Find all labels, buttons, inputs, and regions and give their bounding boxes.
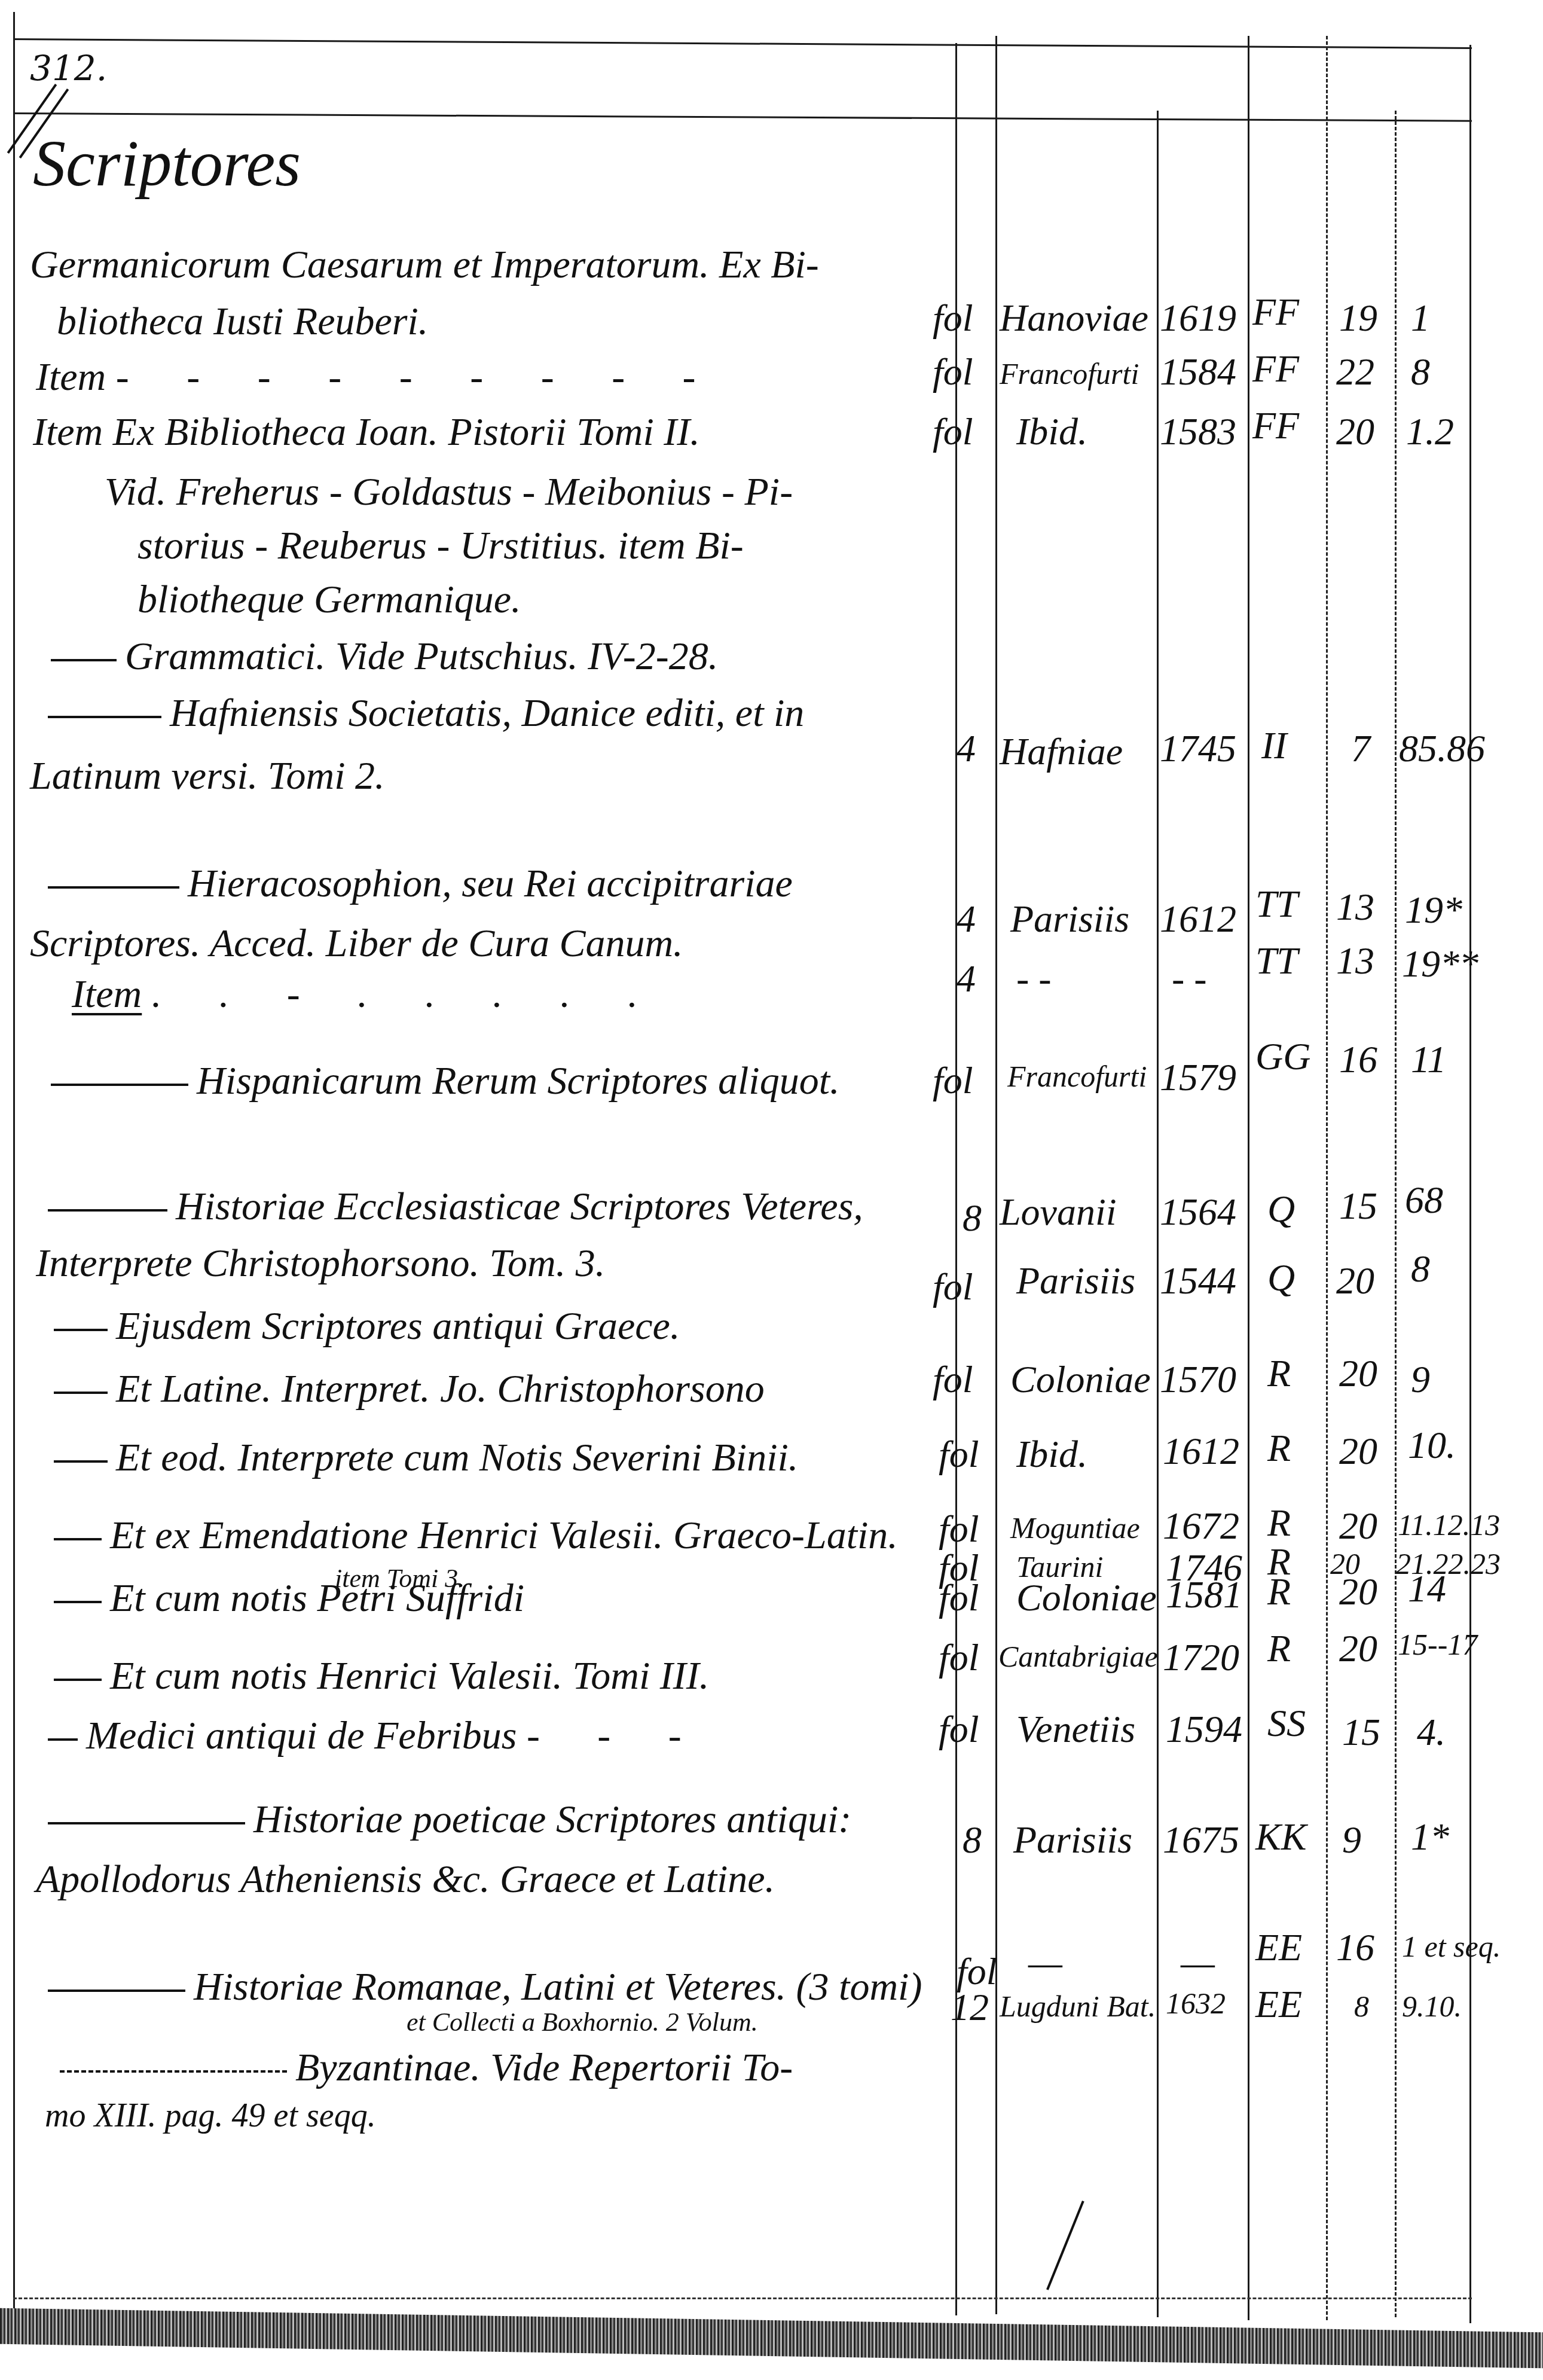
entry-text: Et ex Emendatione Henrici Valesii. Graec… [54, 1516, 898, 1555]
cell-shelf: TT [1255, 942, 1298, 980]
cell-number: 4. [1417, 1713, 1446, 1752]
cell-shelf: SS [1267, 1704, 1306, 1743]
cell-row: 16 [1339, 1041, 1377, 1079]
entry-text: Et Latine. Interpret. Jo. Christophorson… [54, 1369, 765, 1409]
entry-text: Historiae poeticae Scriptores antiqui: [48, 1800, 851, 1839]
cell-year: 1612 [1160, 900, 1236, 938]
cell-number: 8 [1411, 353, 1430, 391]
cell-row: 9 [1342, 1821, 1361, 1859]
entry-text: Scriptores. Acced. Liber de Cura Canum. [30, 924, 683, 963]
col-rule-row-left [1326, 36, 1328, 2320]
page-edge-shadow [0, 2308, 1543, 2369]
cell-format: fol [933, 1061, 973, 1100]
entry-text: Apollodorus Atheniensis &c. Graece et La… [36, 1860, 775, 1899]
cell-year: 1594 [1166, 1710, 1242, 1749]
cell-year: 1619 [1160, 299, 1236, 337]
cell-row: 13 [1336, 942, 1374, 980]
cell-year: 1720 [1163, 1638, 1239, 1677]
cell-row: 20 [1339, 1573, 1377, 1611]
cell-row: 13 [1336, 888, 1374, 926]
cell-row: 16 [1336, 1929, 1374, 1967]
cell-format: 4 [957, 960, 976, 998]
cell-format: fol [939, 1638, 979, 1677]
entry-text: Interprete Christophorsono. Tom. 3. [36, 1244, 605, 1283]
cell-place: Lovanii [1000, 1193, 1117, 1231]
entry-text: Grammatici. Vide Putschius. IV-2-28. [51, 637, 718, 676]
cell-number: 10. [1408, 1426, 1456, 1464]
cell-row: 8 [1354, 1991, 1369, 2021]
cell-year: 1672 [1163, 1507, 1239, 1545]
cross-reference-text: Byzantinae. Vide Repertorii To- [60, 2048, 793, 2088]
cell-shelf: Q [1267, 1190, 1295, 1228]
cell-format: fol [939, 1510, 979, 1548]
cell-number: 19** [1402, 945, 1478, 983]
cell-year: 1745 [1160, 730, 1236, 768]
entry-text: Item . . - . . . . . [72, 975, 662, 1014]
cell-number: 11 [1411, 1041, 1446, 1079]
entry-text: Hispanicarum Rerum Scriptores aliquot. [51, 1061, 840, 1101]
bottom-rule [13, 2297, 1472, 2299]
cell-place: Francofurti [1000, 359, 1139, 389]
cell-place: Coloniae [1010, 1360, 1151, 1399]
cell-row: 22 [1336, 353, 1374, 391]
entry-text: Hieracosophion, seu Rei accipitrariae [48, 864, 793, 904]
entry-text: Medici antiqui de Febribus - - - [48, 1716, 705, 1756]
cross-reference-text: Vid. Freherus - Goldastus - Meibonius - … [105, 472, 793, 512]
cell-row: 20 [1339, 1354, 1377, 1393]
cell-format: fol [933, 299, 973, 337]
cell-year: 1581 [1166, 1576, 1242, 1614]
entry-text: Et cum notis Henrici Valesii. Tomi III. [54, 1656, 709, 1696]
entry-text: et Collecti a Boxhornio. 2 Volum. [407, 2009, 758, 2036]
cell-place: — [1028, 1943, 1062, 1982]
cell-place: Hanoviae [1000, 299, 1148, 337]
cell-row: 15 [1339, 1187, 1377, 1225]
entry-text: Historiae Romanae, Latini et Veteres. (3… [48, 1967, 922, 2007]
cell-shelf: R [1267, 1573, 1291, 1611]
cell-shelf: R [1267, 1630, 1291, 1668]
cell-number: 8 [1411, 1250, 1430, 1288]
cell-year: 1570 [1160, 1360, 1236, 1399]
cell-place: Venetiis [1016, 1710, 1135, 1749]
cell-place: Parisiis [1016, 1262, 1135, 1300]
top-rule [13, 38, 1472, 49]
entry-text: Et eod. Interprete cum Notis Severini Bi… [54, 1438, 798, 1478]
left-border [13, 12, 15, 2320]
cell-place: Parisiis [1013, 1821, 1132, 1859]
cell-place: Moguntiae [1010, 1513, 1140, 1543]
entry-text: Germanicorum Caesarum et Imperatorum. Ex… [30, 245, 819, 285]
cell-year: 1583 [1160, 413, 1236, 451]
right-border [1469, 45, 1471, 2323]
cell-shelf: R [1267, 1354, 1291, 1393]
cell-format: fol [933, 1360, 973, 1399]
entry-text: Ejusdem Scriptores antiqui Graece. [54, 1307, 680, 1346]
entry-text: Hafniensis Societatis, Danice editi, et … [48, 694, 804, 733]
cell-number: 85.86 [1399, 730, 1485, 768]
cell-format: 8 [963, 1821, 982, 1859]
col-rule-year-left [1157, 111, 1159, 2317]
cell-shelf: Q [1267, 1259, 1295, 1297]
cell-shelf: R [1267, 1504, 1291, 1542]
entry-text: bliotheca Iusti Reuberi. [57, 302, 428, 341]
cell-place: Ibid. [1016, 413, 1087, 451]
cell-row: 20 [1339, 1507, 1377, 1545]
page-heading: Scriptores [33, 126, 301, 202]
cell-format: fol [939, 1435, 979, 1473]
header-rule [13, 112, 1472, 122]
cell-row: 20 [1336, 413, 1374, 451]
cross-reference-text: storius - Reuberus - Urstitius. item Bi- [138, 526, 744, 566]
cross-reference-text: mo XIII. pag. 49 et seqq. [45, 2099, 376, 2132]
cell-format: fol [939, 1710, 979, 1749]
cell-place: Coloniae [1016, 1579, 1157, 1617]
cell-number: 19* [1405, 891, 1462, 929]
cell-shelf: R [1267, 1429, 1291, 1467]
entry-text: Historiae Ecclesiasticae Scriptores Vete… [48, 1187, 863, 1226]
cross-reference-text: bliotheque Germanique. [138, 580, 521, 620]
cell-year: 1564 [1160, 1193, 1236, 1231]
cell-shelf: KK [1255, 1818, 1306, 1856]
cell-place: Hafniae [1000, 733, 1123, 771]
cell-format: 4 [957, 730, 976, 768]
cell-shelf: FF [1252, 350, 1299, 388]
cell-format: 4 [957, 900, 976, 938]
cell-format: 8 [963, 1199, 982, 1237]
cell-row: 15 [1342, 1713, 1380, 1752]
cell-format: fol [957, 1952, 997, 1991]
cell-year: 1584 [1160, 353, 1236, 391]
cell-year: 1544 [1160, 1262, 1236, 1300]
double-slash-mark-bottom [1046, 2201, 1084, 2290]
cell-format: 12 [951, 1988, 989, 2027]
cell-year: 1579 [1160, 1058, 1236, 1097]
cell-place: Ibid. [1016, 1435, 1087, 1473]
cell-number: 1 et seq. [1402, 1932, 1501, 1961]
entry-text: Item - - - - - - - - - [36, 358, 720, 397]
cell-number: 11.12.13 [1398, 1510, 1500, 1540]
cell-number: 14 [1408, 1570, 1446, 1608]
cell-shelf: FF [1252, 293, 1299, 331]
cell-number: 15--17 [1398, 1630, 1477, 1659]
cell-shelf: EE [1255, 1929, 1302, 1967]
manuscript-page: 312. Scriptores Germanicorum Caesarum et… [0, 0, 1543, 2380]
cell-year: 1675 [1163, 1821, 1239, 1859]
cell-format: fol [933, 353, 973, 391]
col-rule-shelf-left [1248, 36, 1249, 2320]
entry-text: Item Ex Bibliotheca Ioan. Pistorii Tomi … [33, 413, 700, 452]
entry-text: Latinum versi. Tomi 2. [30, 756, 384, 796]
cell-number: 9 [1411, 1360, 1430, 1399]
cell-format: fol [939, 1579, 979, 1617]
cell-number: 9.10. [1402, 1991, 1462, 2021]
cell-place: - - [1016, 960, 1052, 998]
cell-place: Lugduni Bat. [1000, 1991, 1156, 2021]
cell-number: 1 [1411, 299, 1430, 337]
cell-row: 20 [1339, 1630, 1377, 1668]
cell-row: 20 [1339, 1432, 1377, 1470]
cell-place: Cantabrigiae [998, 1641, 1158, 1671]
cell-row: 7 [1351, 730, 1370, 768]
cell-year: 1632 [1166, 1988, 1226, 2018]
cell-shelf: TT [1255, 885, 1298, 923]
col-rule-number-left [1395, 111, 1397, 2317]
cell-shelf: EE [1255, 1985, 1302, 2024]
cell-place: Francofurti [1007, 1061, 1147, 1091]
cell-format: fol [933, 413, 973, 451]
cell-shelf: II [1261, 727, 1287, 765]
cell-number: 1* [1411, 1818, 1449, 1856]
cell-shelf: GG [1255, 1038, 1310, 1076]
cell-place: Parisiis [1010, 900, 1129, 938]
cell-row: 19 [1339, 299, 1377, 337]
page-number: 312. [30, 48, 107, 89]
cell-format: fol [933, 1268, 973, 1306]
cell-shelf: FF [1252, 407, 1299, 445]
cell-year: — [1181, 1943, 1215, 1982]
cell-year: 1612 [1163, 1432, 1239, 1470]
entry-text: Et cum notis Petri Suffridi [54, 1579, 524, 1618]
cell-year: - - [1172, 960, 1207, 998]
cell-number: 68 [1405, 1181, 1443, 1219]
cell-number: 1.2 [1406, 413, 1454, 451]
cell-row: 20 [1336, 1262, 1374, 1300]
